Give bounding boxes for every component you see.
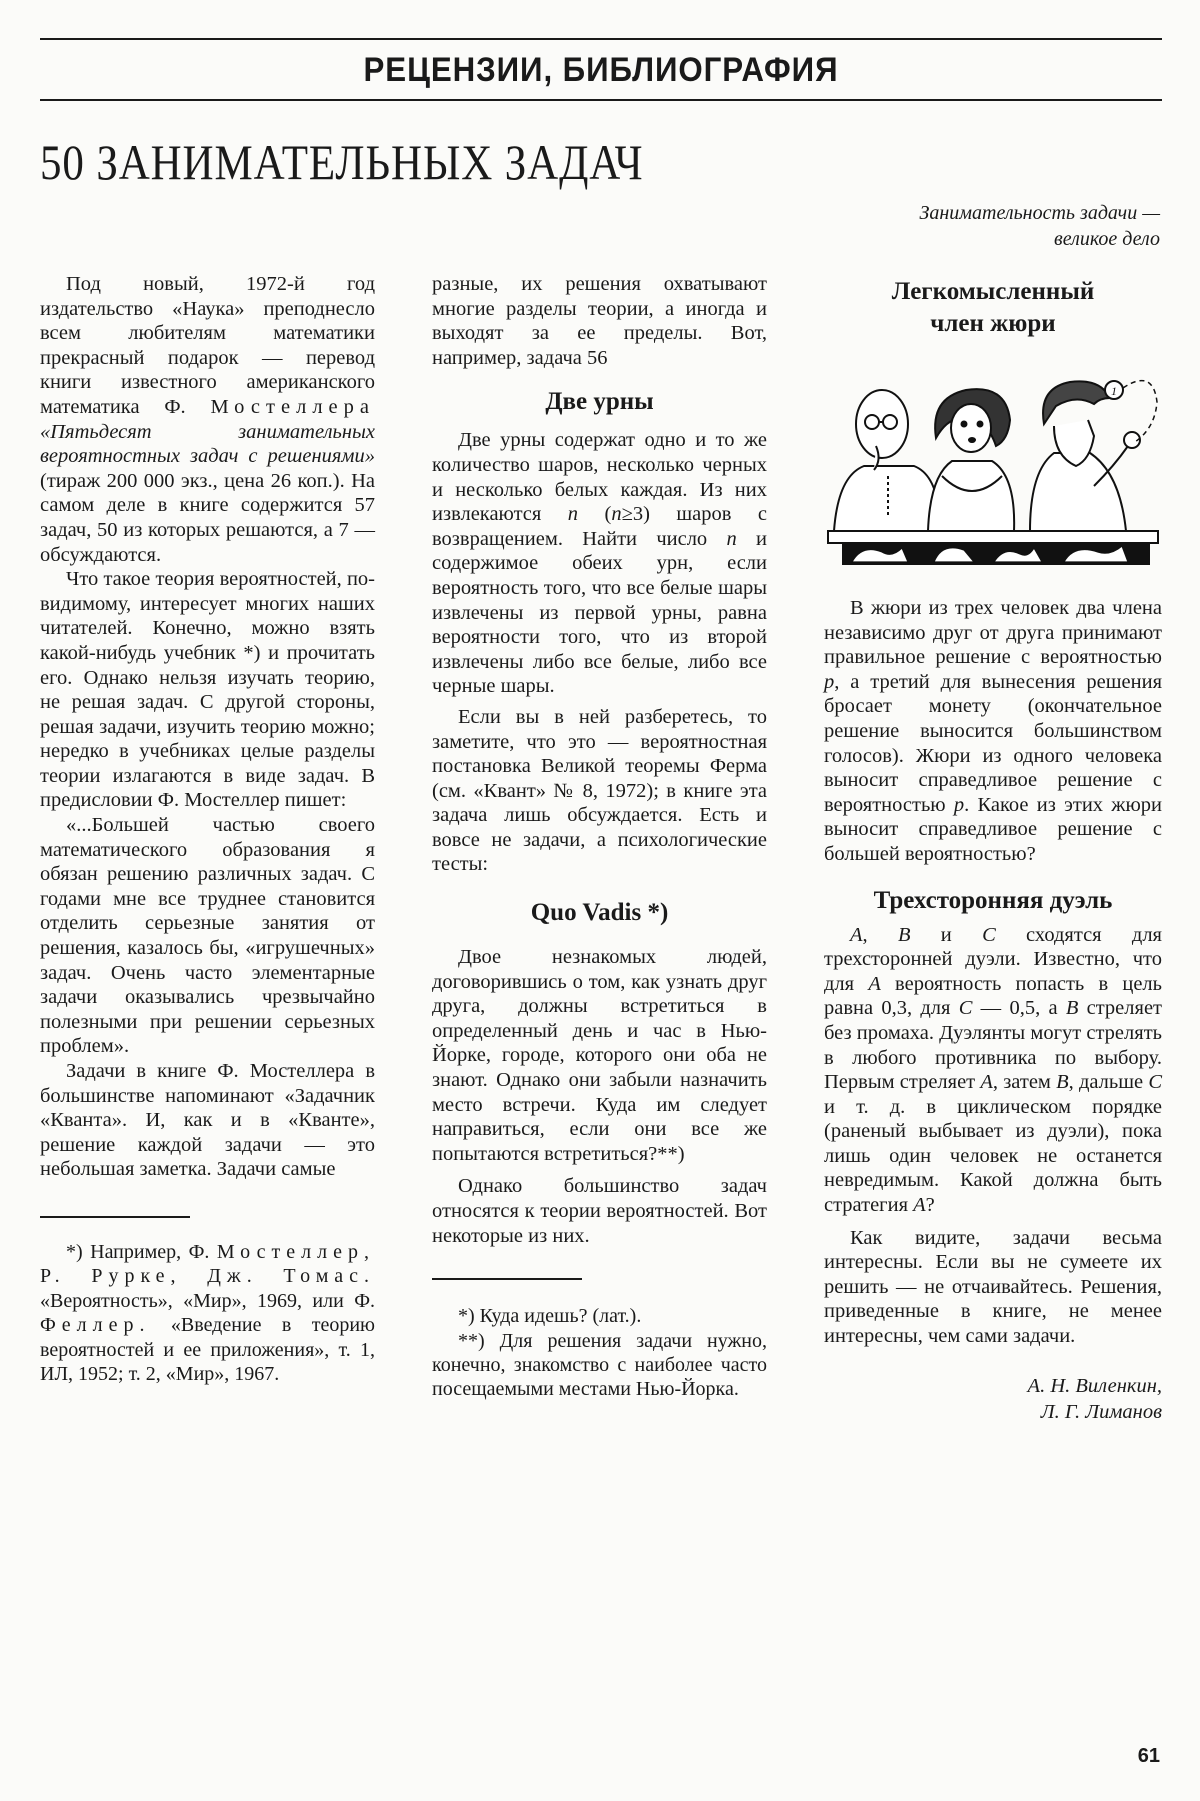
problem-two-urns: Две урны содержат одно и то же количеств… — [432, 428, 767, 699]
jury-cartoon-illustration: 1 — [824, 366, 1162, 566]
heading-jury: Легкомысленный член жюри — [824, 276, 1162, 340]
problem-jury: В жюри из трех человек два члена независ… — [824, 596, 1162, 867]
juror-1 — [834, 390, 940, 531]
author-2: Л. Г. Лиманов — [824, 1399, 1162, 1425]
footnote-latin: *) Куда идешь? (лат.). — [432, 1304, 767, 1328]
epigraph-line-1: Занимательность задачи — — [919, 200, 1160, 226]
authors: А. Н. Виленкин, Л. Г. Лиманов — [824, 1373, 1162, 1425]
juror-2 — [928, 389, 1014, 531]
paragraph-continued: разные, их решения охватывают многие раз… — [432, 272, 767, 370]
paragraph-transition: Однако большинство задач относятся к тео… — [432, 1174, 767, 1248]
author-name-spaced: Мостеллера — [210, 396, 375, 418]
article-title: 50 ЗАНИМАТЕЛЬНЫХ ЗАДАЧ — [40, 130, 643, 194]
paragraph-quote: «...Большей частью своего математическог… — [40, 813, 375, 1059]
section-rubric: РЕЦЕНЗИИ, БИБЛИОГРАФИЯ — [85, 48, 1117, 92]
footnote-textbooks: *) Например, Ф. Мостеллер, Р. Рурке, Дж.… — [40, 1240, 375, 1386]
footnote-rule — [40, 1216, 190, 1218]
problem-quo-vadis: Двое незнакомых людей, договорившись о т… — [432, 945, 767, 1166]
top-rule — [40, 38, 1162, 40]
paragraph-problems: Задачи в книге Ф. Мостеллера в большинст… — [40, 1059, 375, 1182]
column-1: Под новый, 1972-й год издательство «Наук… — [40, 272, 375, 1386]
svg-text:1: 1 — [1111, 384, 1117, 398]
paragraph-fermat: Если вы в ней разберетесь, то заметите, … — [432, 705, 767, 877]
problem-duel: A, B и C сходятся для трехсторонней дуэл… — [824, 923, 1162, 1218]
epigraph: Занимательность задачи — великое дело — [919, 200, 1160, 252]
paragraph-intro: Под новый, 1972-й год издательство «Наук… — [40, 272, 375, 567]
rubric-bottom-rule — [40, 99, 1162, 101]
column-2: разные, их решения охватывают многие раз… — [432, 272, 767, 1402]
epigraph-line-2: великое дело — [919, 226, 1160, 252]
paragraph-closing: Как видите, задачи весьма интересны. Есл… — [824, 1226, 1162, 1349]
page-number: 61 — [1138, 1745, 1160, 1768]
paragraph-theory: Что такое теория вероятностей, по-видимо… — [40, 567, 375, 813]
column-3: Легкомысленный член жюри — [824, 272, 1162, 1425]
heading-quo-vadis: Quo Vadis *) — [432, 897, 767, 929]
heading-duel: Трехсторонняя дуэль — [824, 885, 1162, 917]
heading-two-urns: Две урны — [432, 386, 767, 418]
footnote-rule — [432, 1278, 582, 1280]
juror-3 — [1030, 381, 1140, 531]
book-title: «Пятьдесят занимательных вероятностных з… — [40, 421, 375, 468]
footnote-new-york: **) Для решения задачи нужно, конечно, з… — [432, 1329, 767, 1402]
author-1: А. Н. Виленкин, — [824, 1373, 1162, 1399]
